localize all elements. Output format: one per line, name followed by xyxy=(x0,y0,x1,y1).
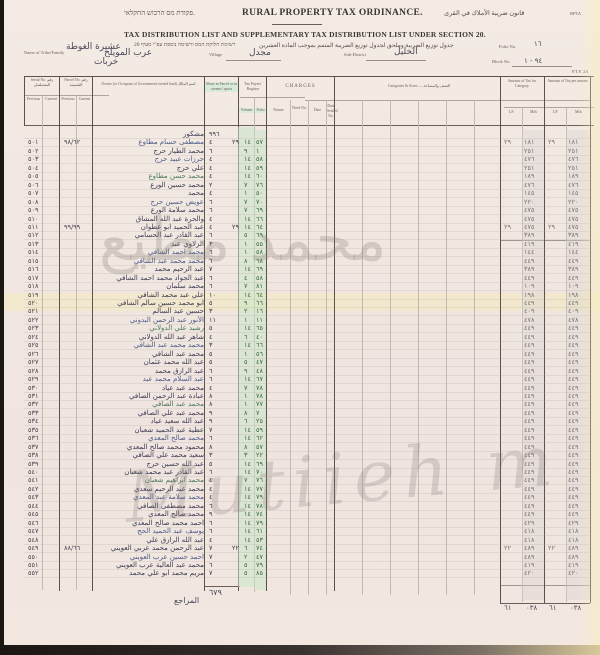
village-line xyxy=(226,60,281,61)
annual-mils: ٤٠٩ xyxy=(568,307,578,315)
subdistrict-label: Sub-District xyxy=(344,52,366,57)
owner-name: محمد حسن مطاوع xyxy=(99,172,204,180)
folio-value: ٤٨ xyxy=(256,367,263,375)
serial-number: ٥٠٦ xyxy=(28,181,38,189)
serial-number: ٥١٢ xyxy=(28,231,38,239)
owner-name: محمد عبد العالية عرب العويني xyxy=(99,561,204,569)
owner-name: محمد صالح المعدي xyxy=(99,434,204,442)
header-serial: Serial No. رقم المتسلسل xyxy=(25,78,59,88)
header-charges-date: Date xyxy=(309,108,326,113)
tax-mils: ٤٤٩ xyxy=(524,350,534,358)
tax-mils: ٤٤٩ xyxy=(524,274,534,282)
annual-mils: ٤٤٩ xyxy=(568,476,578,484)
serial-number: ٥٢٦ xyxy=(28,350,38,358)
subtitle-arabic: جدول توزيع الضريبة وملحق لجدول توزيع الض… xyxy=(259,42,454,49)
header-bottom-border xyxy=(24,125,594,126)
tax-mils: ٤٧٦ xyxy=(524,155,534,163)
header-serial-curr: Current xyxy=(43,97,59,102)
annual-mils: ١٨١ xyxy=(568,138,578,146)
folio-value: ٤٧ xyxy=(256,553,263,561)
folio-value: ٥٠ xyxy=(256,189,263,197)
annual-mils: ٤١٨ xyxy=(568,536,578,544)
col-border xyxy=(76,95,77,590)
folio-value: ٥٧ xyxy=(256,138,263,146)
owner-name: محمد الطيار حرج xyxy=(99,147,204,155)
folio-value: ٦٦ xyxy=(256,341,263,349)
owner-name: محمد حسين الورع xyxy=(99,181,204,189)
sub-header-line-charges xyxy=(305,100,590,101)
header-folio: Folio xyxy=(255,108,266,113)
volume-value: ٦ xyxy=(244,417,248,425)
serial-number: ٥٢٢ xyxy=(28,316,38,324)
folio-value: ٦٢ xyxy=(256,434,263,442)
sub-header-line-tax xyxy=(504,107,594,108)
serial-number: ٥٠٥ xyxy=(28,172,38,180)
annual-total-lp: ٦١ xyxy=(549,604,557,612)
owner-name: عبد الرازق محمد xyxy=(99,367,204,375)
serial-number: ٥٣٧ xyxy=(28,443,38,451)
owner-name: مصطفى حسام مطاوع xyxy=(99,138,204,146)
subtitle-english: TAX DISTRIBUTION LIST AND SUPPLEMENTARY … xyxy=(124,30,486,39)
share-value: ٤ xyxy=(209,384,213,392)
tax-mils: ٤٤٩ xyxy=(524,257,534,265)
annual-mils: ٤٧٥ xyxy=(568,215,578,223)
share-value: ٥ xyxy=(209,324,213,332)
owner-name: محمد عبد عياد xyxy=(99,384,204,392)
serial-number: ٥٥١ xyxy=(28,561,38,569)
serial-number: ٥٣٢ xyxy=(28,400,38,408)
folio-value: ٦٤ xyxy=(256,291,263,299)
share-value: ٨ xyxy=(209,392,213,400)
volume-value: ١ xyxy=(244,316,248,324)
annual-mils: ٤٤٩ xyxy=(568,409,578,417)
owner-name: محمد عبد الصافي xyxy=(99,400,204,408)
share-total-line xyxy=(204,586,240,587)
tax-mils: ١٨١ xyxy=(524,138,534,146)
volume-value: ١٤ xyxy=(244,155,251,163)
tax-total-mils: ٠٣٨ xyxy=(526,604,537,612)
volume-value: ١ xyxy=(244,400,248,408)
owner-name: محمد عبد الشافي xyxy=(99,350,204,358)
folio-value: ٨٥ xyxy=(256,569,263,577)
title-underline xyxy=(272,24,322,25)
tax-mils: ١٤٥ xyxy=(524,189,534,197)
share-value: ٧ xyxy=(209,553,213,561)
serial-number: ٥٠٣ xyxy=(28,155,38,163)
annual-mils: ٤٧٦ xyxy=(568,181,578,189)
volume-value: ٥ xyxy=(244,569,248,577)
serial-number: ٥٣٦ xyxy=(28,434,38,442)
name-value-3: خربات xyxy=(94,57,118,67)
share-value: ٣ xyxy=(209,307,213,315)
annual-mils: ١٤٤ xyxy=(568,248,578,256)
folio-value: ٥٩ xyxy=(256,164,263,172)
tax-mils: ٤٠٩ xyxy=(524,307,534,315)
volume-value: ٢ xyxy=(244,553,248,561)
village-label: Village xyxy=(209,52,222,57)
serial-number: ٥٣٥ xyxy=(28,426,38,434)
tax-mils: ١٩٨ xyxy=(524,291,534,299)
annual-mils: ٤٤٩ xyxy=(568,434,578,442)
annual-mils: ٤٤٩ xyxy=(568,417,578,425)
share-value: ٤ xyxy=(209,164,213,172)
annual-lp: ٢٩ xyxy=(548,223,555,231)
serial-number: ٥١٦ xyxy=(28,265,38,273)
header-share: Share in Parcel or in owners' quota xyxy=(205,82,238,92)
owner-name: مريم محمد ابو علي محمد xyxy=(99,569,204,577)
header-charges-nature: Nature xyxy=(267,108,290,113)
serial-number: ٥٢١ xyxy=(28,307,38,315)
annual-mils: ١٩٨ xyxy=(568,291,578,299)
tax-mils: ٣٨٩ xyxy=(524,265,534,273)
header-serial-prev: Previous xyxy=(25,97,42,102)
share-value: ٣ xyxy=(209,341,213,349)
header-parcel-curr: Current xyxy=(77,97,92,102)
owner-name: عبد الله محمد عثمان xyxy=(99,358,204,366)
tax-mils: ١٤٤ xyxy=(524,248,534,256)
annual-mils: ٤٤٩ xyxy=(568,485,578,493)
serial-number: ٥٤٦ xyxy=(28,519,38,527)
tax-mils: ٢٢٠ xyxy=(524,198,534,206)
share-value: ٦ xyxy=(209,367,213,375)
share-value: ٥ xyxy=(209,299,213,307)
folio-value: ٥٣ xyxy=(256,536,263,544)
volume-value: ٧ xyxy=(244,181,248,189)
tax-mils: ٢٥١ xyxy=(524,147,534,155)
serial-number: ٥٠٨ xyxy=(28,198,38,206)
serial-number: ٥٢٨ xyxy=(28,367,38,375)
volume-value: ٥ xyxy=(244,561,248,569)
tax-lp: ٢٢ xyxy=(504,544,511,552)
header-charges: CHARGES xyxy=(267,84,334,89)
tax-mils: ٤١٩ xyxy=(524,561,534,569)
owner-name: محمود محمد صالح المعدي xyxy=(99,443,204,451)
annual-mils: ٤٧٥ xyxy=(568,223,578,231)
owner-name: الأنور عبد الرحمن البدوني xyxy=(99,316,204,324)
col-border xyxy=(446,100,447,595)
tax-mils: ٤٤٩ xyxy=(524,358,534,366)
share-value: ١١ xyxy=(209,316,216,324)
serial-number: ٥٠٩ xyxy=(28,206,38,214)
owner-name: عطية عبد الحميد شعبان xyxy=(99,426,204,434)
paper-discoloration xyxy=(4,293,600,311)
tax-mils: ٤٤٩ xyxy=(524,367,534,375)
annual-mils: ٣٨٩ xyxy=(568,265,578,273)
table-top-border xyxy=(24,76,594,77)
folio-value: ٦٥ xyxy=(256,324,263,332)
serial-number: ٥٤٤ xyxy=(28,502,38,510)
serial-number: ٥٠١ xyxy=(28,138,38,146)
annual-mils: ٤٤٩ xyxy=(568,384,578,392)
serial-number: ٥١٠ xyxy=(28,215,38,223)
owner-name: حسين عبد السالم xyxy=(99,307,204,315)
volume-value: ٩ xyxy=(244,147,248,155)
share-value: ٤ xyxy=(209,138,213,146)
tax-mils: ٤١٩ xyxy=(524,240,534,248)
tax-mils: ٤٤٩ xyxy=(524,400,534,408)
share-value: ٤ xyxy=(209,172,213,180)
annual-mils: ٤٤٩ xyxy=(568,392,578,400)
owner-name: محمد سلمان xyxy=(99,282,204,290)
annual-lp: ٢٩ xyxy=(548,138,555,146)
folio-label: Folio No. xyxy=(499,44,516,49)
volume-value: ٨ xyxy=(244,409,248,417)
tax-total-lp: ٦١ xyxy=(504,604,512,612)
tax-mils: ١٨٩ xyxy=(524,172,534,180)
tax-mils: ٤٤٩ xyxy=(524,375,534,383)
header-charges-settled: Date Settled No. xyxy=(327,104,335,119)
form-code: P.T.F. 2A xyxy=(572,69,589,74)
annual-mils: ٤٤٩ xyxy=(568,375,578,383)
serial-number: ٥٠٤ xyxy=(28,164,38,172)
title-arabic: قانون ضريبة الأملاك في القرى xyxy=(444,9,524,17)
annual-mils: ١٠٩ xyxy=(568,282,578,290)
tax-mils: ٤٨٩ xyxy=(524,544,534,552)
annual-mils: ٤٧٨ xyxy=(568,316,578,324)
annual-mils: ٤٤٩ xyxy=(568,468,578,476)
signature: المراجع xyxy=(174,596,199,605)
header-volume: Volume xyxy=(239,108,254,113)
serial-number: ٥١٥ xyxy=(28,257,38,265)
volume-value: ٩ xyxy=(244,367,248,375)
owner-name: احمد حسين عرب العويني xyxy=(99,553,204,561)
share-value: ٦ xyxy=(209,434,213,442)
folio-value: ١٦ xyxy=(256,307,263,315)
col-border xyxy=(390,100,391,595)
serial-number: ٥٤١ xyxy=(28,476,38,484)
col-border xyxy=(92,76,93,591)
volume-value: ١٤ xyxy=(244,536,251,544)
header-tax-payer-register: Tax Payers' Register xyxy=(240,82,266,92)
serial-number: ٥٣٠ xyxy=(28,384,38,392)
serial-number: ٥٤٢ xyxy=(28,485,38,493)
header-charges-deed: Deed No. xyxy=(291,106,308,111)
serial-number: ٥١٣ xyxy=(28,240,38,248)
serial-number: ٥٣١ xyxy=(28,392,38,400)
tax-mils: ٤٧٨ xyxy=(524,316,534,324)
share-value: ٩ xyxy=(209,417,213,425)
serial-number: ٥٢٥ xyxy=(28,341,38,349)
tax-mils: ٤٢٩ xyxy=(524,519,534,527)
folio-value: ٤٠ xyxy=(256,333,263,341)
sub-header-line-left xyxy=(24,95,109,96)
annual-mils: ٤٤٩ xyxy=(568,299,578,307)
share-value: ١٠ xyxy=(209,291,216,299)
folio-value: ٥٨ xyxy=(256,155,263,163)
parcel-number: ٩٨/٦٢ xyxy=(64,138,80,146)
volume-value: ٦ xyxy=(244,544,248,552)
volume-value: ٦ xyxy=(244,333,248,341)
folio-value: ٤٧ xyxy=(256,358,263,366)
tax-mils: ٤٤٩ xyxy=(524,341,534,349)
header-amount-lp: LP. xyxy=(501,110,522,115)
owner-name: رشيد علي الدولاني xyxy=(99,324,204,332)
tax-mils: ٤٤٩ xyxy=(524,392,534,400)
annual-mils: ٤٤٩ xyxy=(568,274,578,282)
annual-mils: ٤٨٩ xyxy=(568,544,578,552)
owner-name: محمد محمد عبد الشافي xyxy=(99,341,204,349)
volume-value: ١٤ xyxy=(244,291,251,299)
header-annual-tax: Amount of Tax per annum xyxy=(545,79,590,84)
annual-mils: ٣٨٩ xyxy=(568,231,578,239)
tax-lp: ٢٩ xyxy=(504,223,511,231)
volume-value: ١٤ xyxy=(244,426,251,434)
block-line xyxy=(512,66,572,67)
volume-value: ١٤ xyxy=(244,324,251,332)
share-lp: ٢٢ xyxy=(232,544,239,552)
folio-value: ٦٠ xyxy=(256,172,263,180)
volume-value: ١ xyxy=(244,392,248,400)
folio-value: ٦٦ xyxy=(256,299,263,307)
annual-mils: ٤٤٩ xyxy=(568,257,578,265)
owner-name: علي حرج xyxy=(99,164,204,172)
folio-value: ٢٥ xyxy=(256,417,263,425)
folio-value: ٧٨ xyxy=(256,392,263,400)
watermark-arabic: محمد مطيع xyxy=(99,205,387,275)
header-annual-lp: LP. xyxy=(545,110,566,115)
folio-value: ٥٦ xyxy=(256,350,263,358)
share-value: ٢ xyxy=(209,181,213,189)
serial-number: ٥٤٥ xyxy=(28,510,38,518)
tax-mils: ٤٤٩ xyxy=(524,384,534,392)
volume-value: ٢ xyxy=(244,307,248,315)
col-border xyxy=(590,76,591,603)
annual-mils: ٢٢٠ xyxy=(568,198,578,206)
row-divider xyxy=(24,577,590,578)
sub-header-line-taxpayer xyxy=(240,97,305,98)
volume-value: ١ xyxy=(244,189,248,197)
annual-mils: ٤٤٩ xyxy=(568,324,578,332)
col-border xyxy=(42,95,43,590)
folio-value: ٧٩ xyxy=(256,561,263,569)
volume-value: ٧ xyxy=(244,282,248,290)
subdistrict-line xyxy=(366,60,426,61)
serial-number: ٥٢٩ xyxy=(28,375,38,383)
annual-mils: ٢٥١ xyxy=(568,164,578,172)
annual-mils: ٤١٩ xyxy=(568,561,578,569)
serial-number: ٥٢٠ xyxy=(28,299,38,307)
annual-mils: ٤٤٩ xyxy=(568,333,578,341)
volume-value: ٧ xyxy=(244,384,248,392)
annual-mils: ٤٤٩ xyxy=(568,367,578,375)
annual-mils: ٤٤٩ xyxy=(568,510,578,518)
tax-mils: ١٠٩ xyxy=(524,282,534,290)
header-amount-mils: Mils xyxy=(523,110,544,115)
annual-mils: ٤٨٩ xyxy=(568,553,578,561)
folio-value: ١١ xyxy=(256,316,263,324)
block-value: ٩٤ - ١ xyxy=(524,57,542,65)
folio-value: ٨١ xyxy=(256,282,263,290)
folio-value: ١٦ xyxy=(534,40,542,48)
tax-distribution-document: פקודת מס הרכוש החקלאי. RURAL PROPERTY TA… xyxy=(4,0,600,645)
annual-mils: ٤٤٩ xyxy=(568,502,578,510)
volume-value: ١٤ xyxy=(244,341,251,349)
form-number: RPTA xyxy=(570,11,581,16)
share-value: ٥ xyxy=(209,358,213,366)
header-categories: Categories & Acres — الصنف والمساحة xyxy=(339,84,499,89)
tax-mils: ٤٤٩ xyxy=(524,510,534,518)
tax-mils: ٤٢٠ xyxy=(524,569,534,577)
share-value: ٨ xyxy=(209,400,213,408)
serial-number: ٥١٨ xyxy=(28,282,38,290)
serial-number: ٥٤٨ xyxy=(28,536,38,544)
serial-number: ٥٢٣ xyxy=(28,324,38,332)
serial-number: ٥٣٩ xyxy=(28,460,38,468)
annual-mils: ٤٤٩ xyxy=(568,451,578,459)
annual-lp: ٢٢ xyxy=(548,544,555,552)
owner-name: ابو محمد حسين سالم الشافي xyxy=(99,299,204,307)
serial-number: ٥١١ xyxy=(28,223,38,231)
share-value: ٧ xyxy=(209,544,213,552)
tax-mils: ٤١٨ xyxy=(524,536,534,544)
annual-mils: ٤١٨ xyxy=(568,527,578,535)
tax-mils: ٤٤٩ xyxy=(524,299,534,307)
annual-mils: ٤٤٩ xyxy=(568,358,578,366)
serial-number: ٥١٧ xyxy=(28,274,38,282)
serial-number: ٥١٩ xyxy=(28,291,38,299)
serial-number: ٥٤٩ xyxy=(28,544,38,552)
tax-mils: ٤٧٥ xyxy=(524,215,534,223)
folio-value: ٧٤ xyxy=(256,544,263,552)
owner-name: علي عبد محمد الشافي xyxy=(99,291,204,299)
owner-name: حرزات عبيد حرج xyxy=(99,155,204,163)
annual-mils: ١٤٥ xyxy=(568,189,578,197)
share-value: ٩٩٦ xyxy=(209,130,219,138)
volume-value: ١ xyxy=(244,350,248,358)
header-parcel-prev: Previous xyxy=(60,97,76,102)
volume-value: ١٤ xyxy=(244,164,251,172)
share-value: ٤ xyxy=(209,536,213,544)
title-hebrew: פקודת מס הרכוש החקלאי. xyxy=(124,9,195,17)
annual-mils: ٤٧٦ xyxy=(568,155,578,163)
name-label: Name of Tribe/Family xyxy=(24,50,64,55)
volume-value: ١٤ xyxy=(244,375,251,383)
folio-value: ٥٩ xyxy=(256,426,263,434)
header-annual-mils: Mils xyxy=(567,110,590,115)
serial-number: ٥٠٢ xyxy=(28,147,38,155)
volume-value: ٥ xyxy=(244,358,248,366)
block-label: Block No. xyxy=(492,59,511,64)
share-value: ٧ xyxy=(209,569,213,577)
annual-total-mils: ٠٣٨ xyxy=(570,604,581,612)
share-value: ٦ xyxy=(209,147,213,155)
tax-mils: ٣٨٩ xyxy=(524,231,534,239)
serial-number: ٥٣٣ xyxy=(28,409,38,417)
annual-mils: ٤١٩ xyxy=(568,240,578,248)
tax-lp: ٢٩ xyxy=(504,138,511,146)
owner-name: محمد عبد علي الصافي xyxy=(99,409,204,417)
annual-mils: ٤٤٩ xyxy=(568,460,578,468)
serial-number: ٥٢٧ xyxy=(28,358,38,366)
volume-value: ١٤ xyxy=(244,172,251,180)
share-value: ٦ xyxy=(209,282,213,290)
tax-mils: ٤٨٩ xyxy=(524,553,534,561)
annual-mils: ٤٤٩ xyxy=(568,493,578,501)
parcel-number: ٩٩/٩٩ xyxy=(64,223,80,231)
volume-value: ١٤ xyxy=(244,434,251,442)
serial-number: ٥٢٤ xyxy=(28,333,38,341)
annual-mils: ٢٥١ xyxy=(568,147,578,155)
tax-mils: ٤٧٥ xyxy=(524,223,534,231)
serial-number: ٥١٤ xyxy=(28,248,38,256)
tax-mils: ٢٥١ xyxy=(524,164,534,172)
parcel-number: ٨٨/٦٦ xyxy=(64,544,80,552)
header-amount-tax: Amount of Tax for Category xyxy=(501,79,543,89)
serial-number: ٥٣٨ xyxy=(28,451,38,459)
volume-value: ١٤ xyxy=(244,138,251,146)
folio-value: ٧٦ xyxy=(256,181,263,189)
volume-value: ٩ xyxy=(244,299,248,307)
